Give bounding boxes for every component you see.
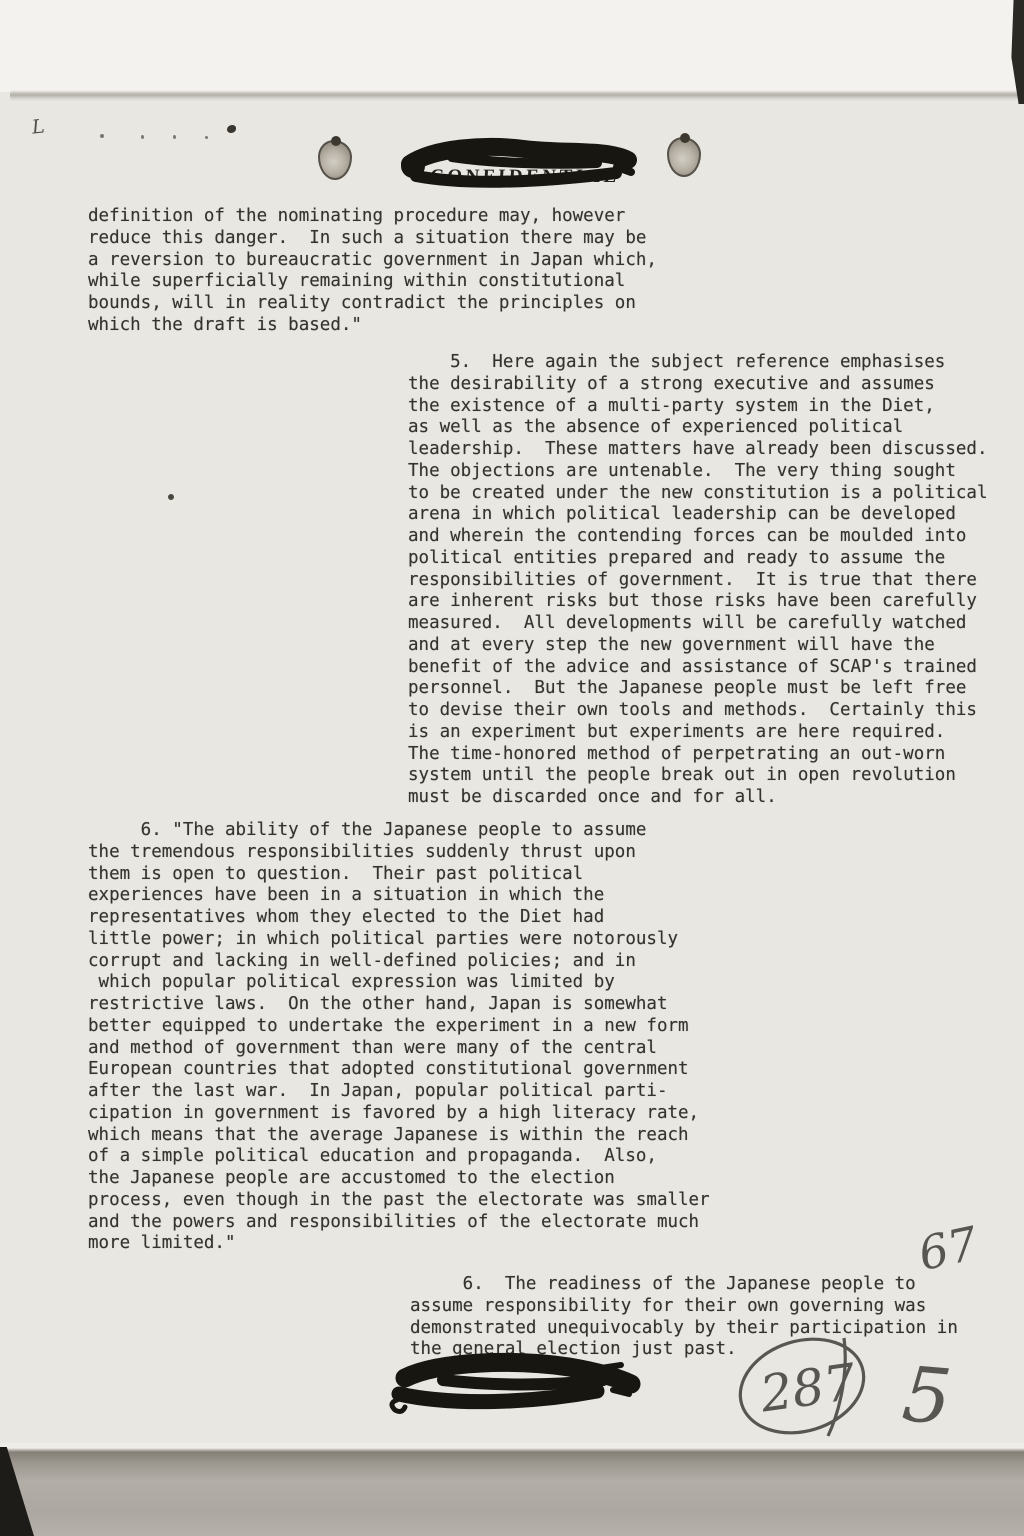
scan-top-margin	[0, 0, 1024, 92]
handwritten-circled-page-number: 287	[720, 1322, 895, 1452]
handwritten-page-number: 5	[885, 1336, 970, 1451]
paragraph-5: 5. Here again the subject reference emph…	[408, 352, 987, 809]
ink-blot	[227, 125, 236, 133]
binder-hole-right	[667, 137, 701, 177]
redaction-scribble-icon	[383, 1350, 648, 1418]
scan-bottom-backing	[0, 1443, 1024, 1536]
paragraph-intro: definition of the nominating procedure m…	[88, 206, 657, 337]
ink-speck	[100, 134, 104, 138]
pencil-corner-mark: L	[31, 115, 46, 138]
paragraph-6-quote: 6. "The ability of the Japanese people t…	[88, 820, 710, 1255]
confidential-stamp-redacted: CONFIDENTIAL	[392, 133, 642, 199]
svg-text:67: 67	[914, 1216, 983, 1281]
ink-speck	[173, 135, 176, 139]
svg-text:5: 5	[899, 1349, 955, 1442]
binder-hole-left	[318, 140, 352, 180]
ink-dot-margin	[168, 494, 174, 500]
ink-speck	[141, 135, 144, 139]
handwritten-margin-number: 67	[905, 1208, 1015, 1288]
redaction-scribble-icon	[392, 133, 642, 199]
ink-speck	[205, 136, 208, 139]
scanned-document-page: L CONFIDENTIAL definition of the nominat…	[0, 0, 1024, 1536]
paper-edge-shadow	[10, 90, 1018, 101]
redaction-stamp-bottom	[383, 1350, 648, 1418]
